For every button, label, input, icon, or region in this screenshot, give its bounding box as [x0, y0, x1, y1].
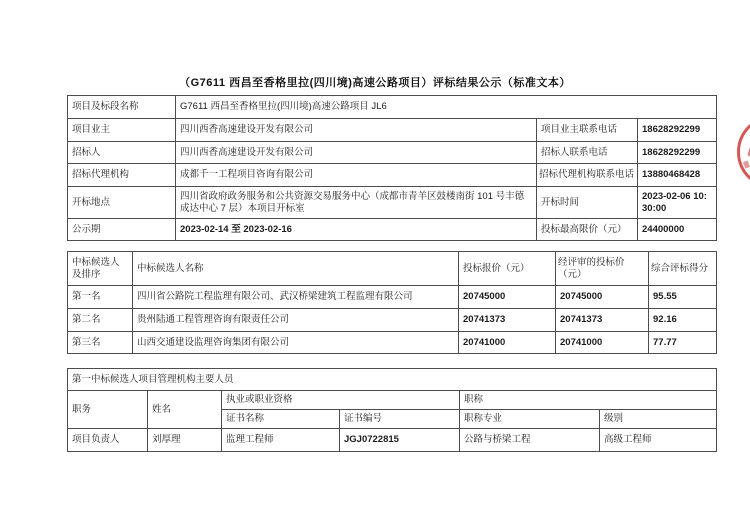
info-label: 招标代理机构 — [68, 164, 176, 187]
col-header-evaluated-price: 经评审的投标价（元） — [556, 252, 649, 286]
info-label: 招标人 — [68, 142, 176, 164]
info-value: 四川西香高速建设开发有限公司 — [176, 142, 537, 164]
table-row: 项目及标段名称 G7611 西昌至香格里拉(四川境)高速公路项目 JL6 — [68, 96, 717, 119]
info-value: 2023-02-14 至 2023-02-16 — [176, 219, 537, 241]
info-value: 四川省政府政务服务和公共资源交易服务中心（成都市青羊区鼓楼南街 101 号丰德成… — [176, 187, 537, 219]
title-major-cell: 公路与桥梁工程 — [460, 429, 600, 452]
position-cell: 项目负责人 — [68, 429, 148, 452]
info-label: 项目业主联系电话 — [537, 119, 638, 142]
table-title-row: 第一中标候选人项目管理机构主要人员 — [68, 369, 717, 391]
project-info-table: 项目及标段名称 G7611 西昌至香格里拉(四川境)高速公路项目 JL6 项目业… — [67, 95, 717, 241]
info-value: 18628292299 — [638, 142, 717, 164]
table-row: 第三名 山西交通建设监理咨询集团有限公司 20741000 20741000 7… — [68, 332, 717, 354]
rank-cell: 第二名 — [68, 309, 133, 332]
name-cell: 四川省公路院工程监理有限公司、武汉桥梁建筑工程监理有限公司 — [133, 286, 459, 309]
info-value: 18628292299 — [638, 119, 717, 142]
table-row: 第一名 四川省公路院工程监理有限公司、武汉桥梁建筑工程监理有限公司 207450… — [68, 286, 717, 309]
name-cell: 山西交通建设监理咨询集团有限公司 — [133, 332, 459, 354]
table-row: 开标地点 四川省政府政务服务和公共资源交易服务中心（成都市青羊区鼓楼南街 101… — [68, 187, 717, 219]
table-row: 招标人 四川西香高速建设开发有限公司 招标人联系电话 18628292299 — [68, 142, 717, 164]
rank-cell: 第一名 — [68, 286, 133, 309]
col-header-score: 综合评标得分 — [649, 252, 717, 286]
col-header-title-group: 职称 — [460, 391, 717, 410]
info-label: 投标最高限价（元） — [537, 219, 638, 241]
col-header-title-level: 级别 — [600, 410, 717, 429]
name-cell: 贵州陆通工程管理咨询有限责任公司 — [133, 309, 459, 332]
table-row: 项目负责人 刘厚理 监理工程师 JGJ0722815 公路与桥梁工程 高级工程师 — [68, 429, 717, 452]
info-label: 招标代理机构联系电话 — [537, 164, 638, 187]
info-value: 13880468428 — [638, 164, 717, 187]
page-title: （G7611 西昌至香格里拉(四川境)高速公路项目）评标结果公示（标准文本） — [0, 74, 750, 90]
bid-price-cell: 20741000 — [459, 332, 556, 354]
info-label: 开标时间 — [537, 187, 638, 219]
document-page: （G7611 西昌至香格里拉(四川境)高速公路项目）评标结果公示（标准文本） 项… — [0, 0, 750, 530]
info-label: 开标地点 — [68, 187, 176, 219]
info-value: 四川西香高速建设开发有限公司 — [176, 119, 537, 142]
score-cell: 95.55 — [649, 286, 717, 309]
col-header-title-major: 职称专业 — [460, 410, 600, 429]
table-row: 招标代理机构 成都千一工程项目咨询有限公司 招标代理机构联系电话 1388046… — [68, 164, 717, 187]
title-level-cell: 高级工程师 — [600, 429, 717, 452]
col-header-name: 姓名 — [148, 391, 222, 429]
col-header-cert-name: 证书名称 — [222, 410, 340, 429]
table-row: 公示期 2023-02-14 至 2023-02-16 投标最高限价（元） 24… — [68, 219, 717, 241]
col-header-bid-price: 投标报价（元） — [459, 252, 556, 286]
info-value: 2023-02-06 10:30:00 — [638, 187, 717, 219]
table-header-row: 职务 姓名 执业或职业资格 职称 — [68, 391, 717, 410]
col-header-cert-no: 证书编号 — [340, 410, 460, 429]
table-row: 项目业主 四川西香高速建设开发有限公司 项目业主联系电话 18628292299 — [68, 119, 717, 142]
score-cell: 92.16 — [649, 309, 717, 332]
info-value: 24400000 — [638, 219, 717, 241]
seal-mark-icon — [743, 160, 750, 168]
info-label: 项目及标段名称 — [68, 96, 176, 119]
table-row: 第二名 贵州陆通工程管理咨询有限责任公司 20741373 20741373 9… — [68, 309, 717, 332]
info-value: G7611 西昌至香格里拉(四川境)高速公路项目 JL6 — [176, 96, 717, 119]
evaluated-price-cell: 20741000 — [556, 332, 649, 354]
info-label: 公示期 — [68, 219, 176, 241]
bid-price-cell: 20741373 — [459, 309, 556, 332]
info-value: 成都千一工程项目咨询有限公司 — [176, 164, 537, 187]
cert-no-cell: JGJ0722815 — [340, 429, 460, 452]
person-name-cell: 刘厚理 — [148, 429, 222, 452]
col-header-qualification-group: 执业或职业资格 — [222, 391, 460, 410]
bid-price-cell: 20745000 — [459, 286, 556, 309]
personnel-table-title: 第一中标候选人项目管理机构主要人员 — [68, 369, 717, 391]
col-header-position: 职务 — [68, 391, 148, 429]
info-label: 项目业主 — [68, 119, 176, 142]
evaluated-price-cell: 20745000 — [556, 286, 649, 309]
candidates-table: 中标候选人及排序 中标候选人名称 投标报价（元） 经评审的投标价（元） 综合评标… — [67, 251, 717, 354]
rank-cell: 第三名 — [68, 332, 133, 354]
col-header-rank: 中标候选人及排序 — [68, 252, 133, 286]
score-cell: 77.77 — [649, 332, 717, 354]
info-label: 招标人联系电话 — [537, 142, 638, 164]
table-header-row: 中标候选人及排序 中标候选人名称 投标报价（元） 经评审的投标价（元） 综合评标… — [68, 252, 717, 286]
red-seal-stamp — [737, 115, 750, 189]
personnel-table: 第一中标候选人项目管理机构主要人员 职务 姓名 执业或职业资格 职称 证书名称 … — [67, 368, 717, 452]
cert-name-cell: 监理工程师 — [222, 429, 340, 452]
evaluated-price-cell: 20741373 — [556, 309, 649, 332]
col-header-name: 中标候选人名称 — [133, 252, 459, 286]
